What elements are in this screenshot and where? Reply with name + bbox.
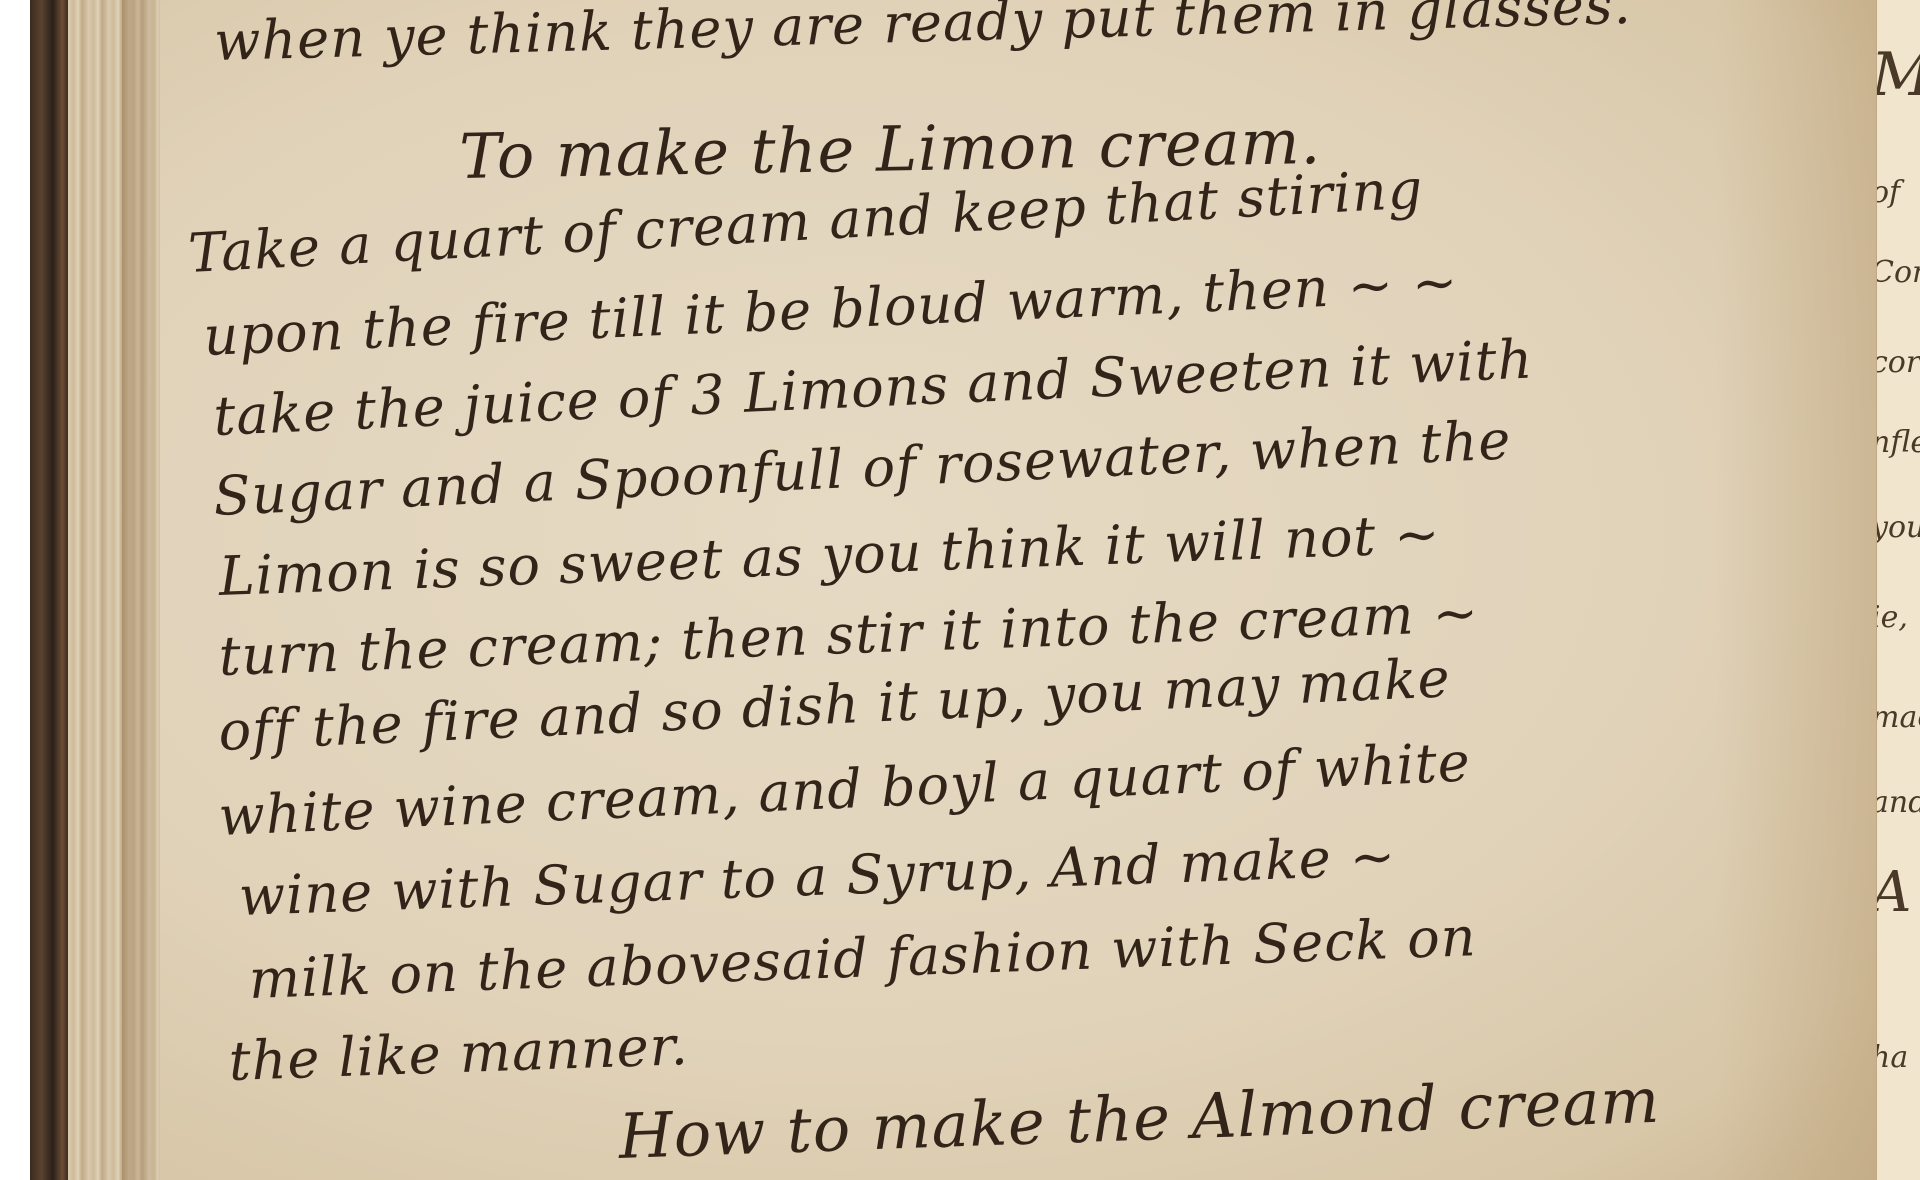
recipe-line: the like manner. [228,1014,690,1093]
facing-page-fragment: A [1876,860,1911,925]
facing-page-fragment: ie, [1876,600,1908,635]
facing-page-fragment: mac [1876,700,1920,735]
facing-page-fragment: cor [1876,345,1920,380]
facing-page-fragment: of [1876,175,1900,210]
facing-page-fragment: M [1876,40,1920,110]
facing-page-fragment: ha [1876,1040,1908,1075]
continuation-line: when ye think they are ready put them in… [213,0,1632,73]
facing-page-fragment: and [1876,785,1920,820]
facing-page-strip: M of Cor cor nfle you m ie, mac and A ha [1876,0,1920,1180]
facing-page-fragment: Cor [1876,255,1920,290]
page-edges [68,0,162,1180]
next-recipe-title: How to make the Almond cream [617,1064,1661,1173]
facing-page-fragment: you m [1876,510,1920,545]
facing-page-fragment: nfle [1876,425,1920,460]
book-binding [30,0,68,1180]
manuscript-page: when ye think they are ready put them in… [160,0,1876,1180]
recipe-line: wine with Sugar to a Syrup, And make ~ [238,825,1397,928]
